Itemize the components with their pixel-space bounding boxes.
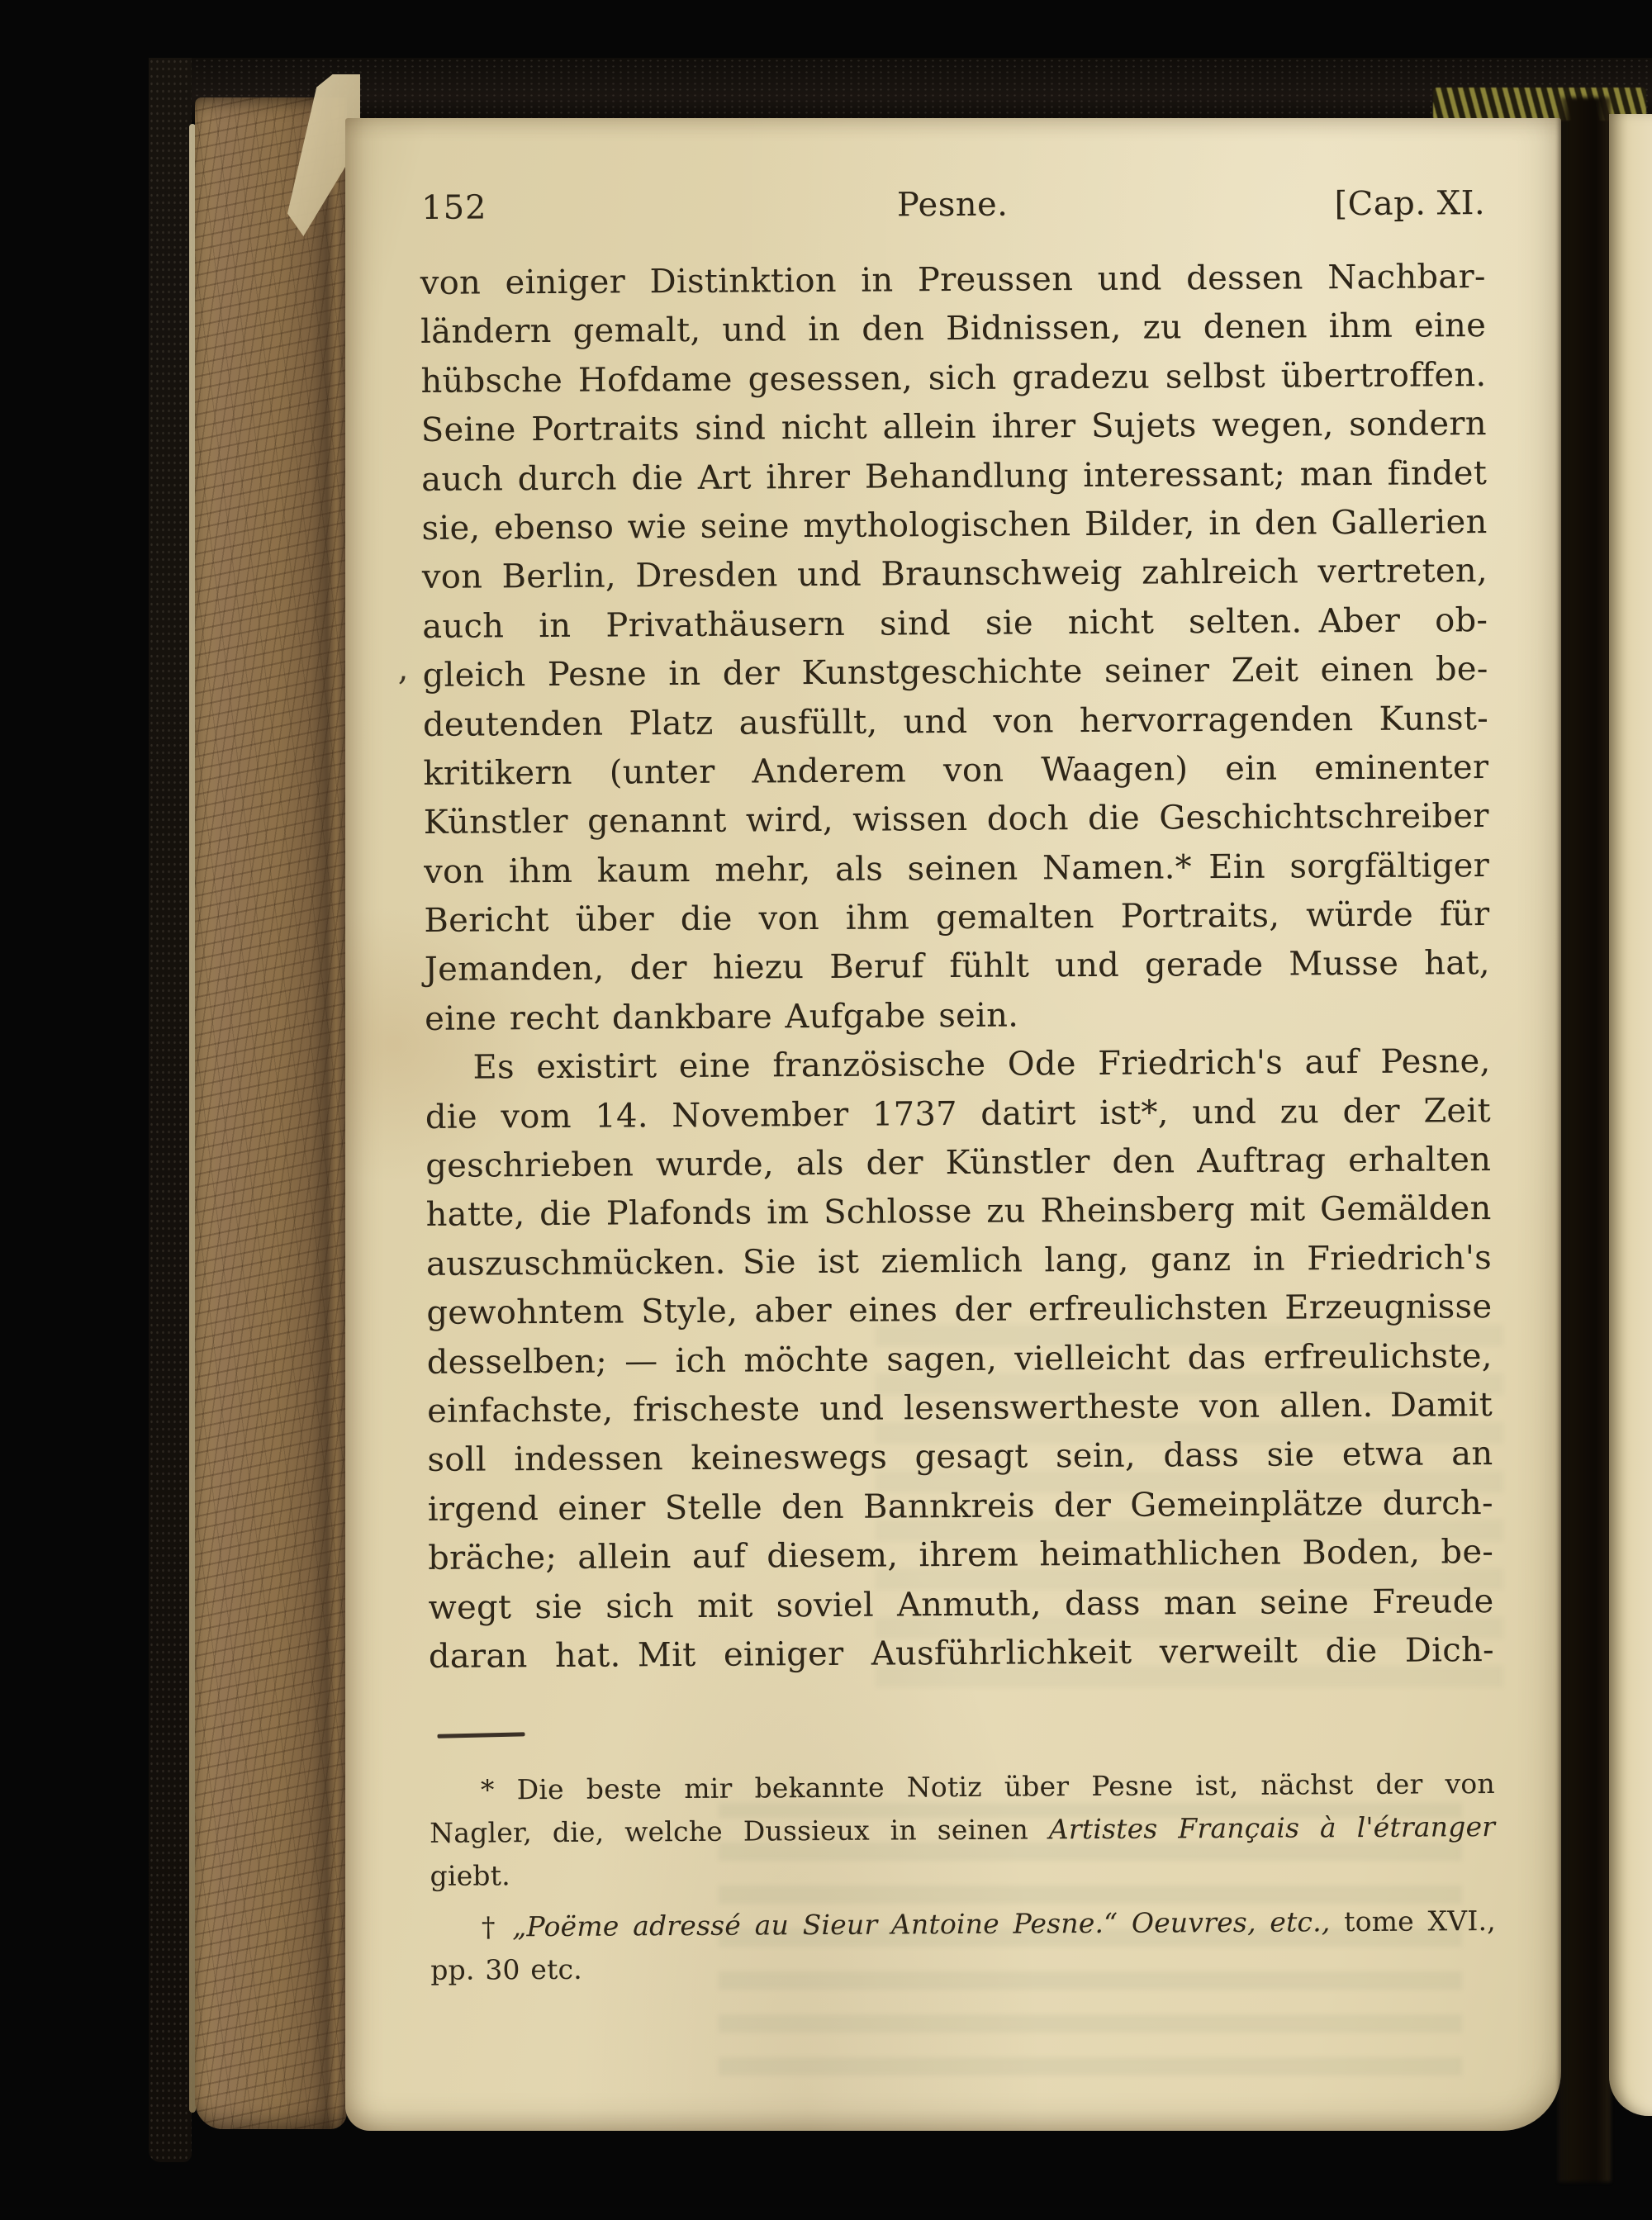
body-line: desselben; — ich möchte sagen, vielleich…	[427, 1332, 1493, 1387]
body-line: Seine Portraits sind nicht allein ihrer …	[421, 400, 1487, 455]
footnote: † „Poëme adressé au Sieur Antoine Pesne.…	[430, 1900, 1497, 1992]
footnote-text: tome XVI.,	[1330, 1905, 1496, 1938]
footnote-line: giebt.	[430, 1848, 1495, 1898]
body-line: sie, ebenso wie seine mythologischen Bil…	[421, 498, 1487, 553]
body-line: auch durch die Art ihrer Behandlung inte…	[421, 449, 1487, 505]
chapter-reference: [Cap. XI.	[1334, 182, 1485, 225]
body-line: von Berlin, Dresden und Braunschweig zah…	[422, 547, 1488, 602]
footnote-text: * Die beste mir bekannte Notiz über Pesn…	[481, 1767, 1495, 1806]
body-line: Bericht über die von ihm gemalten Portra…	[424, 890, 1489, 946]
body-line: Es existirt eine französische Ode Friedr…	[425, 1037, 1490, 1093]
footnote-text: Nagler, die, welche Dussieux in seinen	[430, 1813, 1049, 1849]
page-number: 152	[421, 186, 487, 229]
body-text: von einiger Distinktion in Preussen und …	[420, 253, 1494, 1682]
footnote-text	[1118, 1907, 1132, 1939]
body-line: ländern gemalt, und in den Bidnissen, zu…	[420, 301, 1486, 357]
footnote-line: † „Poëme adressé au Sieur Antoine Pesne.…	[430, 1900, 1496, 1949]
book-top-edge	[149, 58, 1652, 122]
body-line: wegt sie sich mit soviel Anmuth, dass ma…	[428, 1577, 1493, 1633]
footnotes: * Die beste mir bekannte Notiz über Pesn…	[430, 1762, 1497, 1992]
footnote-line: * Die beste mir bekannte Notiz über Pesn…	[430, 1762, 1495, 1812]
footnote-italic-text: Artistes Français à l'étranger	[1049, 1810, 1496, 1845]
book-photo-scene: 152 Pesne. [Cap. XI. , von einiger Disti…	[0, 0, 1652, 2220]
body-line: einfachste, frischeste und lesenswerthes…	[427, 1381, 1493, 1436]
footnote-line: Nagler, die, welche Dussieux in seinen A…	[430, 1805, 1495, 1855]
book-page: 152 Pesne. [Cap. XI. , von einiger Disti…	[345, 118, 1561, 2131]
running-header: 152 Pesne. [Cap. XI.	[420, 180, 1485, 230]
body-line: auszuschmücken. Sie ist ziemlich lang, g…	[426, 1234, 1492, 1289]
footnote: * Die beste mir bekannte Notiz über Pesn…	[430, 1762, 1496, 1898]
body-line: irgend einer Stelle den Bannkreis der Ge…	[428, 1479, 1493, 1535]
footnote-italic-text: „Poëme adressé au Sieur Antoine Pesne.“	[512, 1907, 1118, 1942]
body-line: eine recht dankbare Aufgabe sein.	[425, 989, 1490, 1044]
page-content: 152 Pesne. [Cap. XI. , von einiger Disti…	[420, 115, 1498, 2134]
body-line: kritikern (unter Anderem von Waagen) ein…	[423, 743, 1488, 799]
body-line: daran hat. Mit einiger Ausführlichkeit v…	[429, 1626, 1494, 1682]
running-title: Pesne.	[897, 183, 1009, 227]
body-line: geschrieben wurde, als der Künstler den …	[425, 1136, 1491, 1191]
footnote-text: pp. 30 etc.	[430, 1953, 582, 1986]
footnote-line: pp. 30 etc.	[430, 1942, 1496, 1992]
body-line: gleich Pesne in der Kunstgeschichte sein…	[422, 645, 1488, 700]
footnote-italic-text: Oeuvres, etc.,	[1132, 1905, 1331, 1938]
body-line: die vom 14. November 1737 datirt ist*, u…	[425, 1087, 1491, 1142]
margin-mark: ,	[397, 650, 408, 688]
body-line: Jemanden, der hiezu Beruf fühlt und gera…	[425, 940, 1490, 995]
body-line: deutenden Platz ausfüllt, und von hervor…	[423, 695, 1488, 750]
body-line: von einiger Distinktion in Preussen und …	[420, 253, 1486, 308]
footnote-text: †	[482, 1910, 512, 1942]
body-line: hatte, die Plafonds im Schlosse zu Rhein…	[425, 1184, 1491, 1240]
body-line: bräche; allein auf diesem, ihrem heimath…	[428, 1528, 1493, 1583]
footnote-text: giebt.	[430, 1859, 510, 1892]
gutter-shadow	[1558, 97, 1611, 2182]
body-line: gewohntem Style, aber eines der erfreuli…	[426, 1283, 1492, 1338]
marbled-fore-edge	[195, 97, 347, 2129]
body-line: Künstler genannt wird, wissen doch die G…	[424, 792, 1489, 847]
facing-page-sliver	[1609, 114, 1652, 2116]
body-line: auch in Privathäusern sind sie nicht sel…	[422, 596, 1488, 652]
footnote-separator-rule	[437, 1732, 525, 1738]
body-line: von ihm kaum mehr, als seinen Namen.* Ei…	[424, 842, 1489, 897]
book-cover-edge	[149, 58, 192, 2162]
body-line: soll indessen keineswegs gesagt sein, da…	[427, 1430, 1493, 1485]
body-line: hübsche Hofdame gesessen, sich gradezu s…	[420, 351, 1486, 406]
